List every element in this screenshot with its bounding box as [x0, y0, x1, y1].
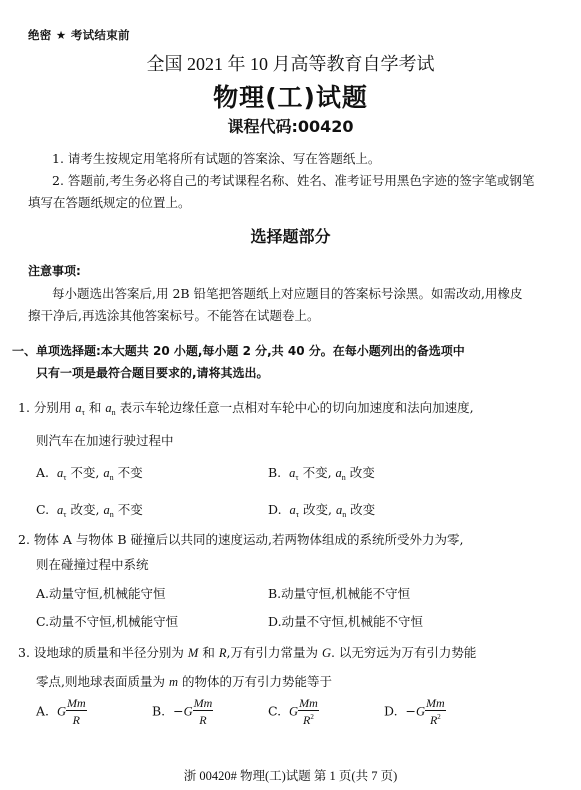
question-number: 2.: [18, 532, 30, 547]
question-1-option-d: D. aτ 改变, an 改变: [268, 500, 375, 519]
confidential-label: 绝密 ★ 考试结束前: [28, 27, 130, 43]
question-2-stem-cont: 则在碰撞过程中系统: [36, 555, 149, 573]
question-1-option-b: B. aτ 不变, an 改变: [268, 463, 375, 482]
part-one-heading: 一、单项选择题:本大题共 20 小题,每小题 2 分,共 40 分。在每小题列出…: [12, 342, 465, 359]
question-number: 3.: [18, 645, 30, 660]
notes-line-2: 擦干净后,再选涂其他答案标号。不能答在试题卷上。: [28, 306, 319, 324]
question-2-option-b: B.动量守恒,机械能不守恒: [268, 584, 410, 602]
var-a-tau: aτ: [75, 401, 84, 415]
question-1-stem: 1. 分别用 aτ 和 an 表示车轮边缘任意一点相对车轮中心的切向加速度和法向…: [18, 398, 474, 417]
notes-line-1: 每小题选出答案后,用 2B 铅笔把答题纸上对应题目的答案标号涂黑。如需改动,用橡…: [52, 284, 523, 302]
notes-label: 注意事项:: [28, 262, 81, 279]
question-1-option-a: A. aτ 不变, an 不变: [36, 463, 143, 482]
question-1-option-c: C. aτ 改变, an 不变: [36, 500, 143, 519]
instruction-2-cont: 填写在答题纸规定的位置上。: [28, 193, 191, 211]
question-number: 1.: [18, 400, 30, 415]
question-1-stem-cont: 则汽车在加速行驶过程中: [36, 431, 174, 449]
question-2-option-d: D.动量不守恒,机械能不守恒: [268, 612, 423, 630]
var-a-n: an: [105, 401, 115, 415]
instruction-1: 1. 请考生按规定用笔将所有试题的答案涂、写在答题纸上。: [52, 149, 380, 167]
question-3-option-b: B. −GMmR: [152, 697, 213, 727]
subject-title: 物理(工)试题: [0, 78, 581, 114]
part-one-heading-cont: 只有一项是最符合题目要求的,请将其选出。: [36, 364, 269, 381]
page-footer: 浙 00420# 物理(工)试题 第 1 页(共 7 页): [0, 766, 581, 784]
question-3-option-d: D. −GMmR2: [384, 697, 446, 727]
exam-title: 全国 2021 年 10 月高等教育自学考试: [0, 50, 581, 76]
section-title: 选择题部分: [0, 224, 581, 247]
instruction-2: 2. 答题前,考生务必将自己的考试课程名称、姓名、准考证号用黑色字迹的签字笔或钢…: [52, 171, 534, 189]
question-2-option-a: A.动量守恒,机械能守恒: [36, 584, 166, 602]
question-3-stem: 3. 设地球的质量和半径分别为 M 和 R,万有引力常量为 G. 以无穷远为万有…: [18, 643, 476, 661]
question-3-option-a: A. GMmR: [36, 697, 87, 727]
question-2-stem: 2. 物体 A 与物体 B 碰撞后以共同的速度运动,若两物体组成的系统所受外力为…: [18, 530, 463, 548]
question-3-stem-cont: 零点,则地球表面质量为 m 的物体的万有引力势能等于: [36, 672, 332, 690]
question-3-option-c: C. GMmR2: [268, 697, 319, 727]
question-2-option-c: C.动量不守恒,机械能守恒: [36, 612, 178, 630]
course-code: 课程代码:00420: [0, 114, 581, 137]
